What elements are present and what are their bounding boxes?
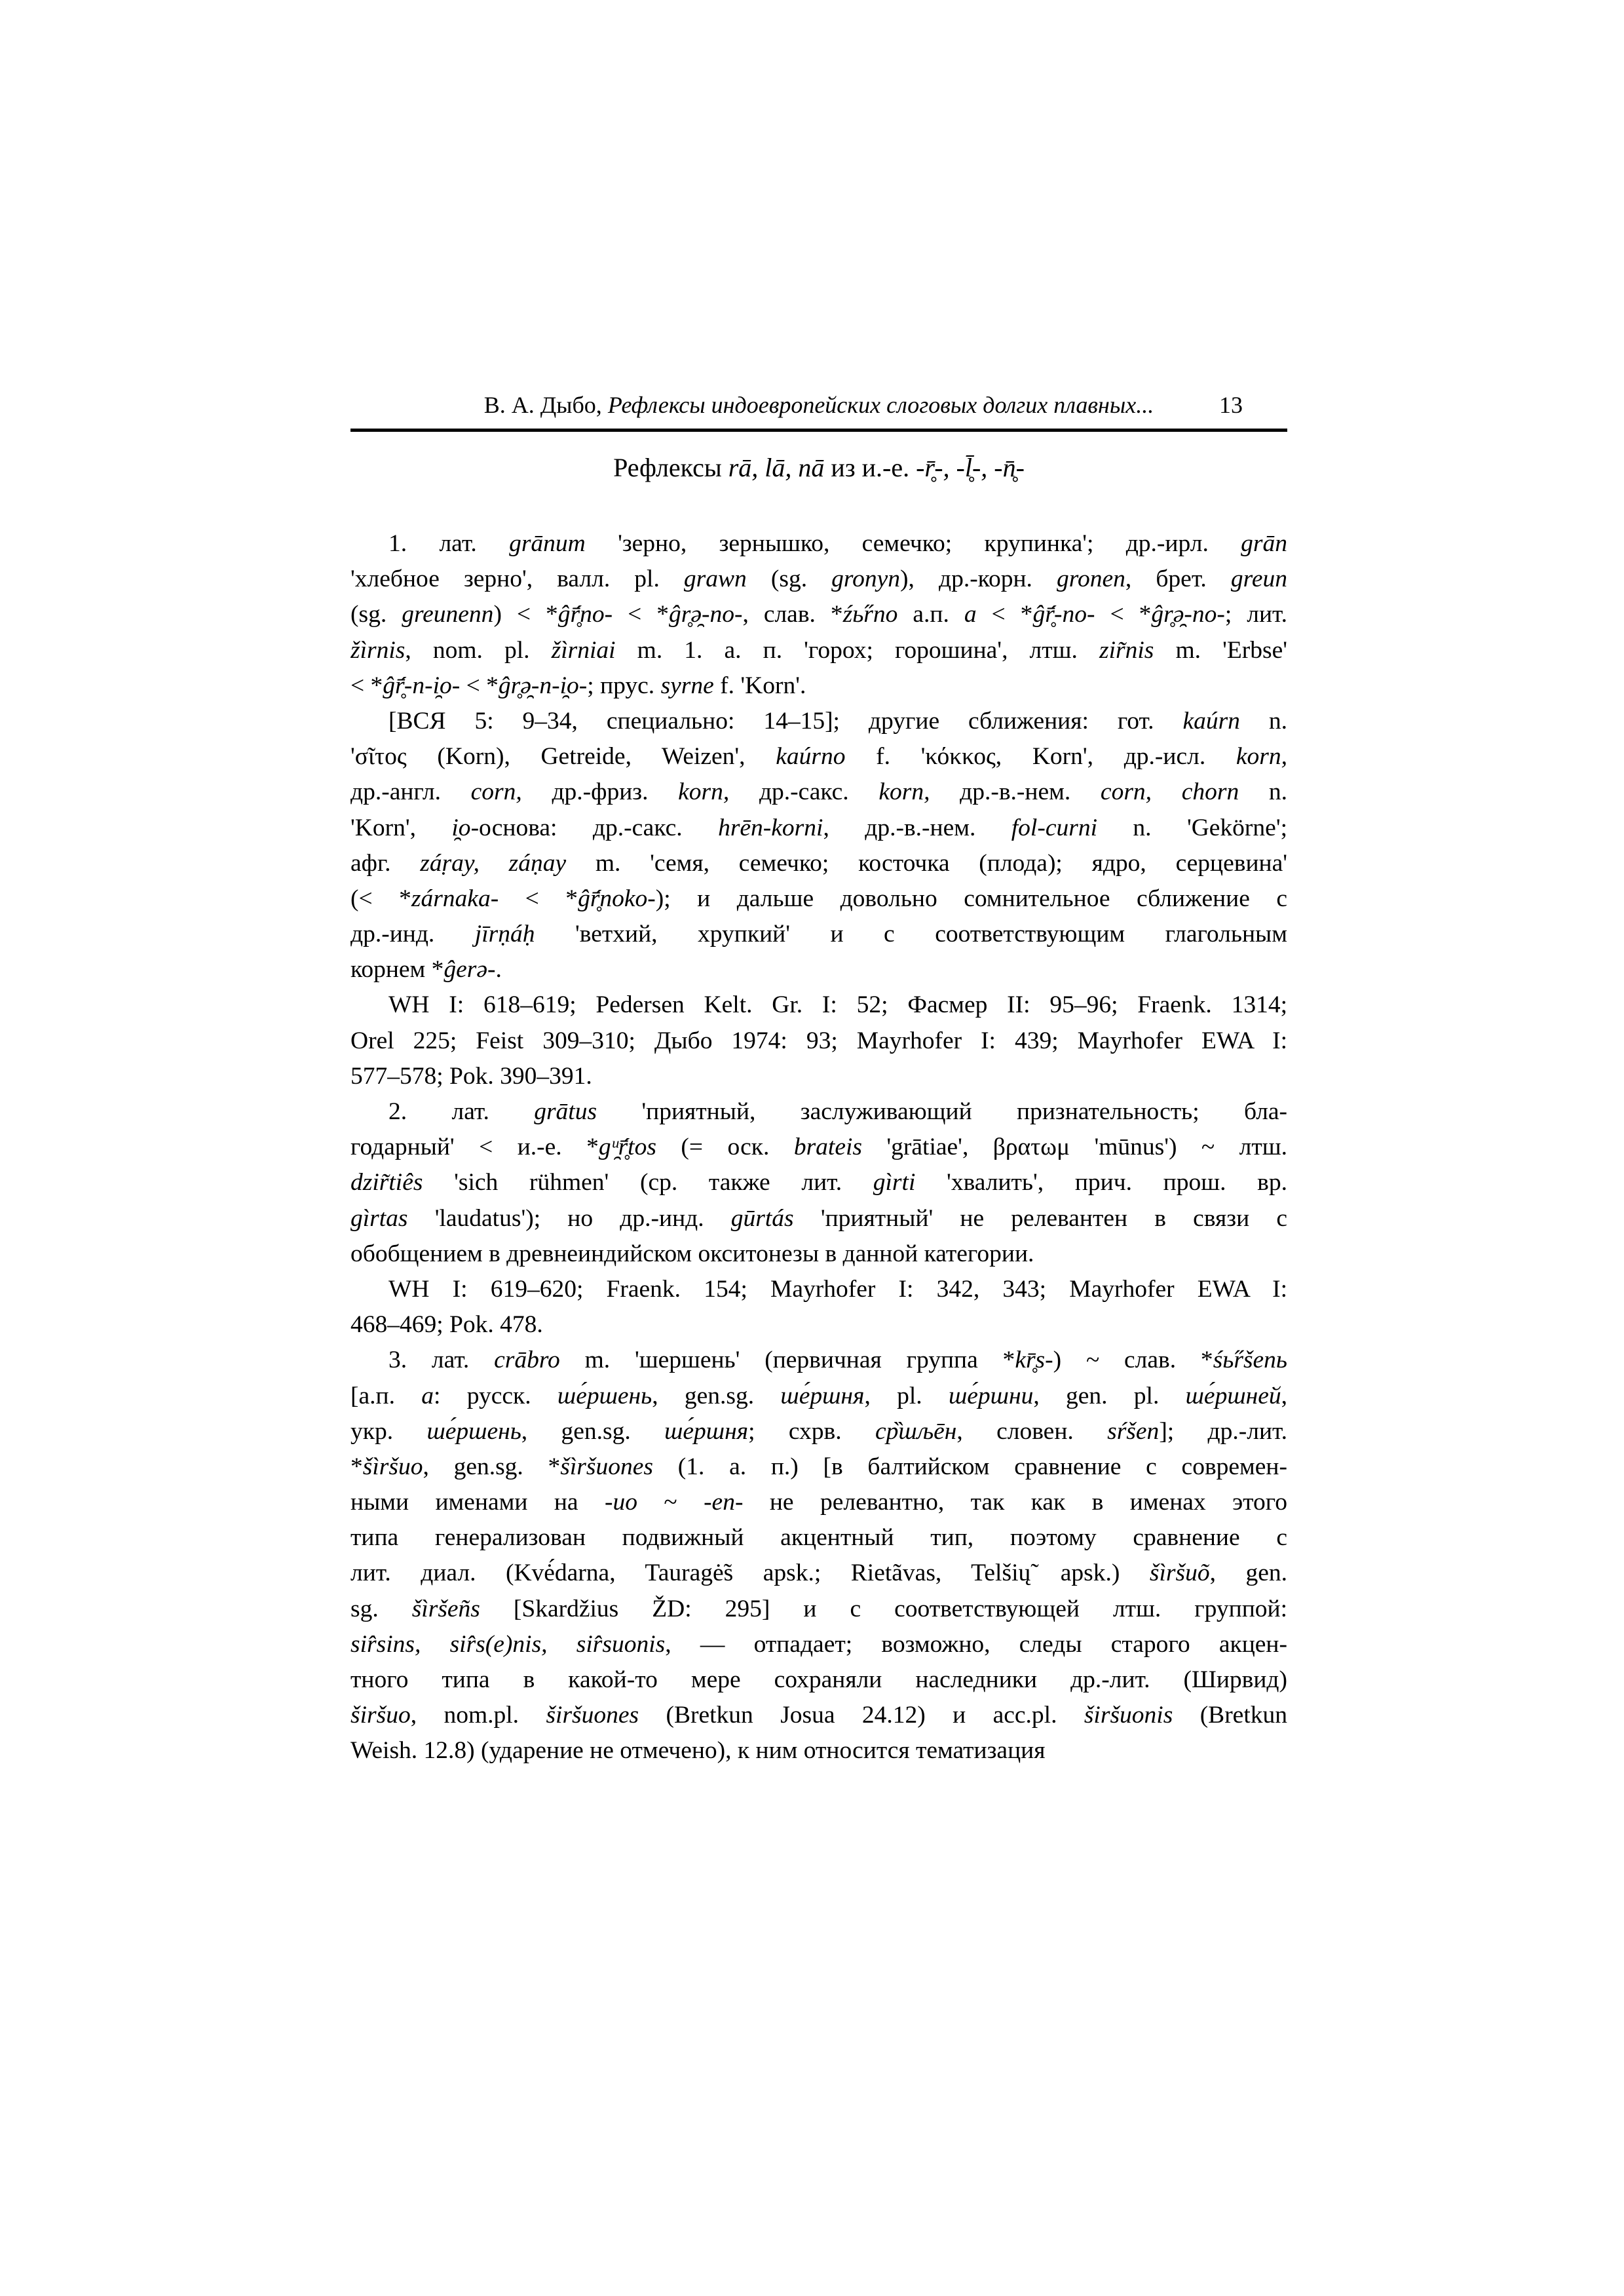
text-segment: záṛay, záṇay <box>420 850 566 877</box>
text-segment: žìrniai <box>552 637 616 664</box>
text-segment: n. 'Gekörne'; <box>1097 814 1287 841</box>
text-segment: ше́ршень <box>426 1418 521 1445</box>
body-line: WH I: 619–620; Fraenk. 154; Mayrhofer I:… <box>350 1272 1287 1307</box>
text-segment: годарный' < и.-е. * <box>350 1134 599 1160</box>
text-segment: kaúrno <box>776 743 845 770</box>
text-segment: kaúrn <box>1182 708 1240 735</box>
text-segment: gronen <box>1057 565 1125 592</box>
body-line: *šìršuo, gen.sg. *šìršuones (1. а. п.) [… <box>350 1449 1287 1485</box>
text-segment: ĝr̥̄́-no- <box>1032 601 1095 628</box>
text-segment: (< * <box>350 885 411 912</box>
running-head: В. А. Дыбо, Рефлексы индоевропейских сло… <box>350 391 1287 419</box>
text-segment: f. 'Korn'. <box>714 672 806 699</box>
text-segment: ~ <box>637 1489 704 1516</box>
text-segment: , gen.sg. <box>652 1383 780 1409</box>
body-line: др.-англ. corn, др.-фриз. korn, др.-сакс… <box>350 775 1287 810</box>
text-segment: m. 1. а. п. 'горох; горошина', лтш. <box>616 637 1099 664</box>
text-segment: -en- <box>704 1489 743 1516</box>
text-segment: < * <box>977 601 1033 628</box>
text-segment: < * <box>460 672 499 699</box>
text-segment: [Skardžius ŽD: 295] и с соответствующей … <box>480 1596 1287 1622</box>
text-segment: n. <box>1240 708 1287 735</box>
text-segment: < * <box>499 885 578 912</box>
text-segment: 'σῖτος (Korn), Getreide, Weizen', <box>350 743 776 770</box>
text-segment: ; лит. <box>1225 601 1287 628</box>
body-line: žìrnis, nom. pl. žìrniai m. 1. а. п. 'го… <box>350 633 1287 668</box>
text-segment: (sg. <box>747 565 831 592</box>
text-segment: corn, chorn <box>1101 778 1239 805</box>
text-segment: ср̏шљēн <box>875 1418 956 1445</box>
text-segment: 'laudatus'); но др.-инд. <box>408 1205 731 1232</box>
body-line: лит. диал. (Kvė́darna, Tauragė̃s apsk.; … <box>350 1556 1287 1591</box>
text-segment: žìrnis <box>350 637 405 664</box>
text-segment: тного типа в какой-то мере сохраняли нас… <box>350 1666 1287 1693</box>
text-segment: 1. лат. <box>388 530 509 557</box>
text-segment: sg. <box>350 1596 412 1622</box>
text-segment: , nom.pl. <box>411 1702 546 1729</box>
page-number: 13 <box>1219 391 1243 419</box>
text-segment: 'grātiae', βρατωμ 'mūnus') ~ лтш. <box>862 1134 1287 1160</box>
text-segment: , gen. <box>1210 1559 1287 1586</box>
body-line: (sg. greunenn) < *ĝr̥̄́no- < *ĝr̥ə̯-no-,… <box>350 597 1287 632</box>
text-segment: < * <box>350 672 383 699</box>
body-line: sir̂sins, sir̂s(e)nis, sir̂suonis, — отп… <box>350 1627 1287 1662</box>
text-segment: , gen.sg. * <box>423 1453 560 1480</box>
text-segment: ше́ршни <box>949 1383 1033 1409</box>
text-segment: a <box>421 1383 434 1409</box>
text-segment: gūrtás <box>731 1205 794 1232</box>
text-segment: brateis <box>794 1134 862 1160</box>
body-line: ными именами на -uo ~ -en- не релевантно… <box>350 1485 1287 1520</box>
text-segment: из и.-е. <box>824 453 916 482</box>
body-line: [ВСЯ 5: 9–34, специально: 14–15]; другие… <box>350 704 1287 739</box>
text-segment: zárnaka- <box>411 885 499 912</box>
text-segment: širšuo <box>350 1702 411 1729</box>
text-segment: 'sich rühmen' (ср. также лит. <box>423 1169 873 1196</box>
text-segment: zir̃nis <box>1099 637 1154 664</box>
text-segment: ше́ршня <box>780 1383 864 1409</box>
text-segment: . <box>496 956 502 983</box>
text-segment: -r̥̄-, -l̥̄-, -n̥̄- <box>916 453 1025 482</box>
body-text: 1. лат. grānum 'зерно, зернышко, семечко… <box>350 526 1287 1769</box>
text-segment: ) ~ слав. * <box>1053 1347 1213 1373</box>
body-line: WH I: 618–619; Pedersen Kelt. Gr. I: 52;… <box>350 987 1287 1023</box>
body-line: 1. лат. grānum 'зерно, зернышко, семечко… <box>350 526 1287 562</box>
text-segment: др.-фриз. <box>522 778 678 805</box>
text-segment: šìršuo <box>363 1453 423 1480</box>
text-segment: greun <box>1231 565 1287 592</box>
text-segment: ными именами на <box>350 1489 605 1516</box>
text-segment: sir̂sins, sir̂s(e)nis, sir̂suonis <box>350 1631 665 1658</box>
text-segment: f. 'κόκκος, Korn', др.-исл. <box>845 743 1236 770</box>
text-segment: šìršeñs <box>412 1596 480 1622</box>
text-segment: ше́ршень <box>557 1383 652 1409</box>
text-segment: , nom. pl. <box>405 637 551 664</box>
text-segment: ше́ршня <box>664 1418 748 1445</box>
text-segment: < * <box>613 601 669 628</box>
text-segment: grātus <box>534 1098 597 1125</box>
text-segment: , словен. <box>956 1418 1107 1445</box>
body-line: [а.п. a: русск. ше́ршень, gen.sg. ше́ршн… <box>350 1379 1287 1414</box>
body-line: 'Korn', i̯o-основа: др.-сакс. hrēn-korni… <box>350 811 1287 846</box>
text-segment: fol-curni <box>1011 814 1097 841</box>
text-segment: corn, <box>471 778 522 805</box>
text-segment: др.-сакс. <box>729 778 878 805</box>
body-line: 'хлебное зерно', валл. pl. grawn (sg. gr… <box>350 562 1287 597</box>
text-segment: korn, <box>1236 743 1287 770</box>
text-segment: n. <box>1239 778 1287 805</box>
body-line: gìrtas 'laudatus'); но др.-инд. gūrtás '… <box>350 1201 1287 1236</box>
text-segment: gìrtas <box>350 1205 408 1232</box>
text-segment: i̯o <box>451 814 470 841</box>
text-segment: ĝr̥̄́no- <box>558 601 613 628</box>
text-segment: обобщением в древнеиндийском окситонезы … <box>350 1240 1034 1267</box>
body-line: тного типа в какой-то мере сохраняли нас… <box>350 1662 1287 1698</box>
header-rule <box>350 429 1287 432</box>
text-segment: Orel 225; Feist 309–310; Дыбо 1974: 93; … <box>350 1027 1287 1054</box>
text-segment: типа генерализован подвижный акцентный т… <box>350 1524 1287 1551</box>
text-segment: ; прус. <box>587 672 660 699</box>
text-segment: , gen.sg. <box>521 1418 664 1445</box>
body-line: 577–578; Pok. 390–391. <box>350 1059 1287 1094</box>
text-segment: ше́ршней <box>1186 1383 1281 1409</box>
text-segment: , — отпадает; возможно, следы старого ак… <box>665 1631 1287 1658</box>
text-segment: 'зерно, зернышко, семечко; крупинка'; др… <box>586 530 1241 557</box>
text-segment: širšuonis <box>1084 1702 1173 1729</box>
text-segment: 'приятный' не релевантен в связи с <box>794 1205 1287 1232</box>
body-line: укр. ше́ршень, gen.sg. ше́ршня; схрв. ср… <box>350 1414 1287 1449</box>
text-segment: ); и дальше довольно сомнительное сближе… <box>656 885 1287 912</box>
text-segment: ĝr̥̄́-n-i̯o- <box>383 672 460 699</box>
text-segment: źь̋rno <box>843 601 898 628</box>
text-segment: hrēn-korni <box>718 814 823 841</box>
text-segment: ĝr̥ə̯-no- <box>1151 601 1224 628</box>
body-line: афг. záṛay, záṇay m. 'семя, семечко; кос… <box>350 846 1287 881</box>
text-segment: не релевантно, так как в именах этого <box>743 1489 1287 1516</box>
text-segment: 'хлебное зерно', валл. pl. <box>350 565 684 592</box>
text-segment: a <box>964 601 977 628</box>
text-segment: (1. а. п.) [в балтийском сравнение с сов… <box>653 1453 1287 1480</box>
text-segment: : русск. <box>434 1383 557 1409</box>
text-segment: korn, <box>678 778 729 805</box>
text-segment: < * <box>1095 601 1152 628</box>
text-segment: 577–578; Pok. 390–391. <box>350 1063 592 1090</box>
text-segment: , pl. <box>864 1383 949 1409</box>
text-segment: m. 'Erbse' <box>1154 637 1287 664</box>
body-line: (< *zárnaka- < *ĝr̥̄́noko-); и дальше до… <box>350 881 1287 917</box>
text-segment: grānum <box>509 530 586 557</box>
text-segment: ) < * <box>493 601 557 628</box>
text-segment: gᵘ̯r̥̄́tos <box>599 1134 656 1160</box>
body-line: 3. лат. crābro m. 'шершень' (первичная г… <box>350 1343 1287 1378</box>
text-segment: širšuones <box>546 1702 639 1729</box>
text-segment: корнем * <box>350 956 444 983</box>
text-segment: grān <box>1241 530 1287 557</box>
text-segment: 3. лат. <box>388 1347 494 1373</box>
body-line: < *ĝr̥̄́-n-i̯o- < *ĝr̥ə̯-n-i̯o-; прус. s… <box>350 668 1287 704</box>
text-segment: śь̋ršenь <box>1213 1347 1287 1373</box>
text-segment: , брет. <box>1125 565 1231 592</box>
text-segment: , слав. * <box>742 601 842 628</box>
text-segment: gronyn <box>831 565 900 592</box>
text-segment: -основа: др.-сакс. <box>471 814 719 841</box>
text-segment: syrne <box>661 672 714 699</box>
running-head-work-title: Рефлексы индоевропейских слоговых долгих… <box>608 392 1154 418</box>
text-segment: (Bretkun Josua 24.12) и acc.pl. <box>639 1702 1084 1729</box>
text-segment: афг. <box>350 850 420 877</box>
text-segment: greunenn <box>402 601 493 628</box>
text-segment: др.-в.-нем. <box>930 778 1100 805</box>
text-segment: ), др.-корн. <box>900 565 1057 592</box>
text-segment: jīrṇáḥ <box>475 921 535 947</box>
text-segment: ĝerə- <box>444 956 495 983</box>
text-segment: -uo <box>605 1489 637 1516</box>
text-segment: (Bretkun <box>1173 1702 1287 1729</box>
body-line: dzir̃tiês 'sich rühmen' (ср. также лит. … <box>350 1165 1287 1200</box>
text-segment: , gen. pl. <box>1033 1383 1185 1409</box>
text-segment: др.-инд. <box>350 921 475 947</box>
text-segment: 'Korn', <box>350 814 451 841</box>
text-segment: ]; др.-лит. <box>1159 1418 1287 1445</box>
text-segment: [а.п. <box>350 1383 421 1409</box>
text-segment: (sg. <box>350 601 402 628</box>
body-line: годарный' < и.-е. *gᵘ̯r̥̄́tos (= оск. br… <box>350 1130 1287 1165</box>
text-segment: 2. лат. <box>388 1098 534 1125</box>
body-line: 468–469; Pok. 478. <box>350 1307 1287 1343</box>
text-segment: 468–469; Pok. 478. <box>350 1311 543 1338</box>
text-segment: šìršuones <box>560 1453 653 1480</box>
text-segment: WH I: 618–619; Pedersen Kelt. Gr. I: 52;… <box>388 991 1287 1018</box>
text-segment: ĝr̥ə̯-n-i̯o- <box>499 672 587 699</box>
text-segment: Weish. 12.8) (ударение не отмечено), к н… <box>350 1737 1045 1764</box>
text-segment: m. 'семя, семечко; косточка (плода); ядр… <box>566 850 1287 877</box>
body-line: 'σῖτος (Korn), Getreide, Weizen', kaúrno… <box>350 739 1287 775</box>
article-title: Рефлексы rā, lā, nā из и.-е. -r̥̄-, -l̥̄… <box>350 452 1287 484</box>
text-segment: gìrti <box>873 1169 916 1196</box>
text-segment: m. 'шершень' (первичная группа * <box>560 1347 1015 1373</box>
body-line: др.-инд. jīrṇáḥ 'ветхий, хрупкий' и с со… <box>350 917 1287 952</box>
body-line: обобщением в древнеиндийском окситонезы … <box>350 1236 1287 1272</box>
text-segment: , др.-в.-нем. <box>823 814 1011 841</box>
text-segment: kr̥̄s- <box>1015 1347 1053 1373</box>
text-segment: а.п. <box>897 601 964 628</box>
text-segment: šìršuõ <box>1150 1559 1210 1586</box>
text-segment: 'приятный, заслуживающий признательность… <box>597 1098 1287 1125</box>
body-line: 2. лат. grātus 'приятный, заслуживающий … <box>350 1094 1287 1130</box>
text-segment: WH I: 619–620; Fraenk. 154; Mayrhofer I:… <box>388 1276 1287 1303</box>
body-line: širšuo, nom.pl. širšuones (Bretkun Josua… <box>350 1698 1287 1733</box>
text-segment: ĝr̥̄́noko- <box>578 885 656 912</box>
text-segment: ; схрв. <box>748 1418 875 1445</box>
text-segment: лит. диал. (Kvė́darna, Tauragė̃s apsk.; … <box>350 1559 1150 1586</box>
body-line: корнем *ĝerə-. <box>350 952 1287 987</box>
text-segment: [ВСЯ 5: 9–34, специально: 14–15]; другие… <box>388 708 1182 735</box>
text-segment: 'ветхий, хрупкий' и с соответствующим гл… <box>535 921 1287 947</box>
body-line: Orel 225; Feist 309–310; Дыбо 1974: 93; … <box>350 1024 1287 1059</box>
text-segment: korn, <box>878 778 930 805</box>
text-segment: др.-англ. <box>350 778 471 805</box>
text-segment: sŕšen <box>1107 1418 1159 1445</box>
text-segment: dzir̃tiês <box>350 1169 423 1196</box>
text-segment: ĝr̥ə̯-no- <box>669 601 742 628</box>
text-segment: укр. <box>350 1418 426 1445</box>
text-segment: 'хвалить', прич. прош. вр. <box>915 1169 1287 1196</box>
text-segment: , <box>1281 1383 1287 1409</box>
text-segment: rā, lā, nā <box>728 453 825 482</box>
running-head-author: В. А. Дыбо, <box>484 392 608 418</box>
body-line: sg. šìršeñs [Skardžius ŽD: 295] и с соот… <box>350 1592 1287 1627</box>
text-segment: grawn <box>684 565 747 592</box>
document-page: В. А. Дыбо, Рефлексы индоевропейских сло… <box>0 0 1624 2296</box>
text-segment: (= оск. <box>656 1134 794 1160</box>
text-segment: crābro <box>494 1347 560 1373</box>
text-segment: * <box>350 1453 363 1480</box>
body-line: Weish. 12.8) (ударение не отмечено), к н… <box>350 1733 1287 1769</box>
text-segment: Рефлексы <box>613 453 728 482</box>
body-line: типа генерализован подвижный акцентный т… <box>350 1520 1287 1556</box>
